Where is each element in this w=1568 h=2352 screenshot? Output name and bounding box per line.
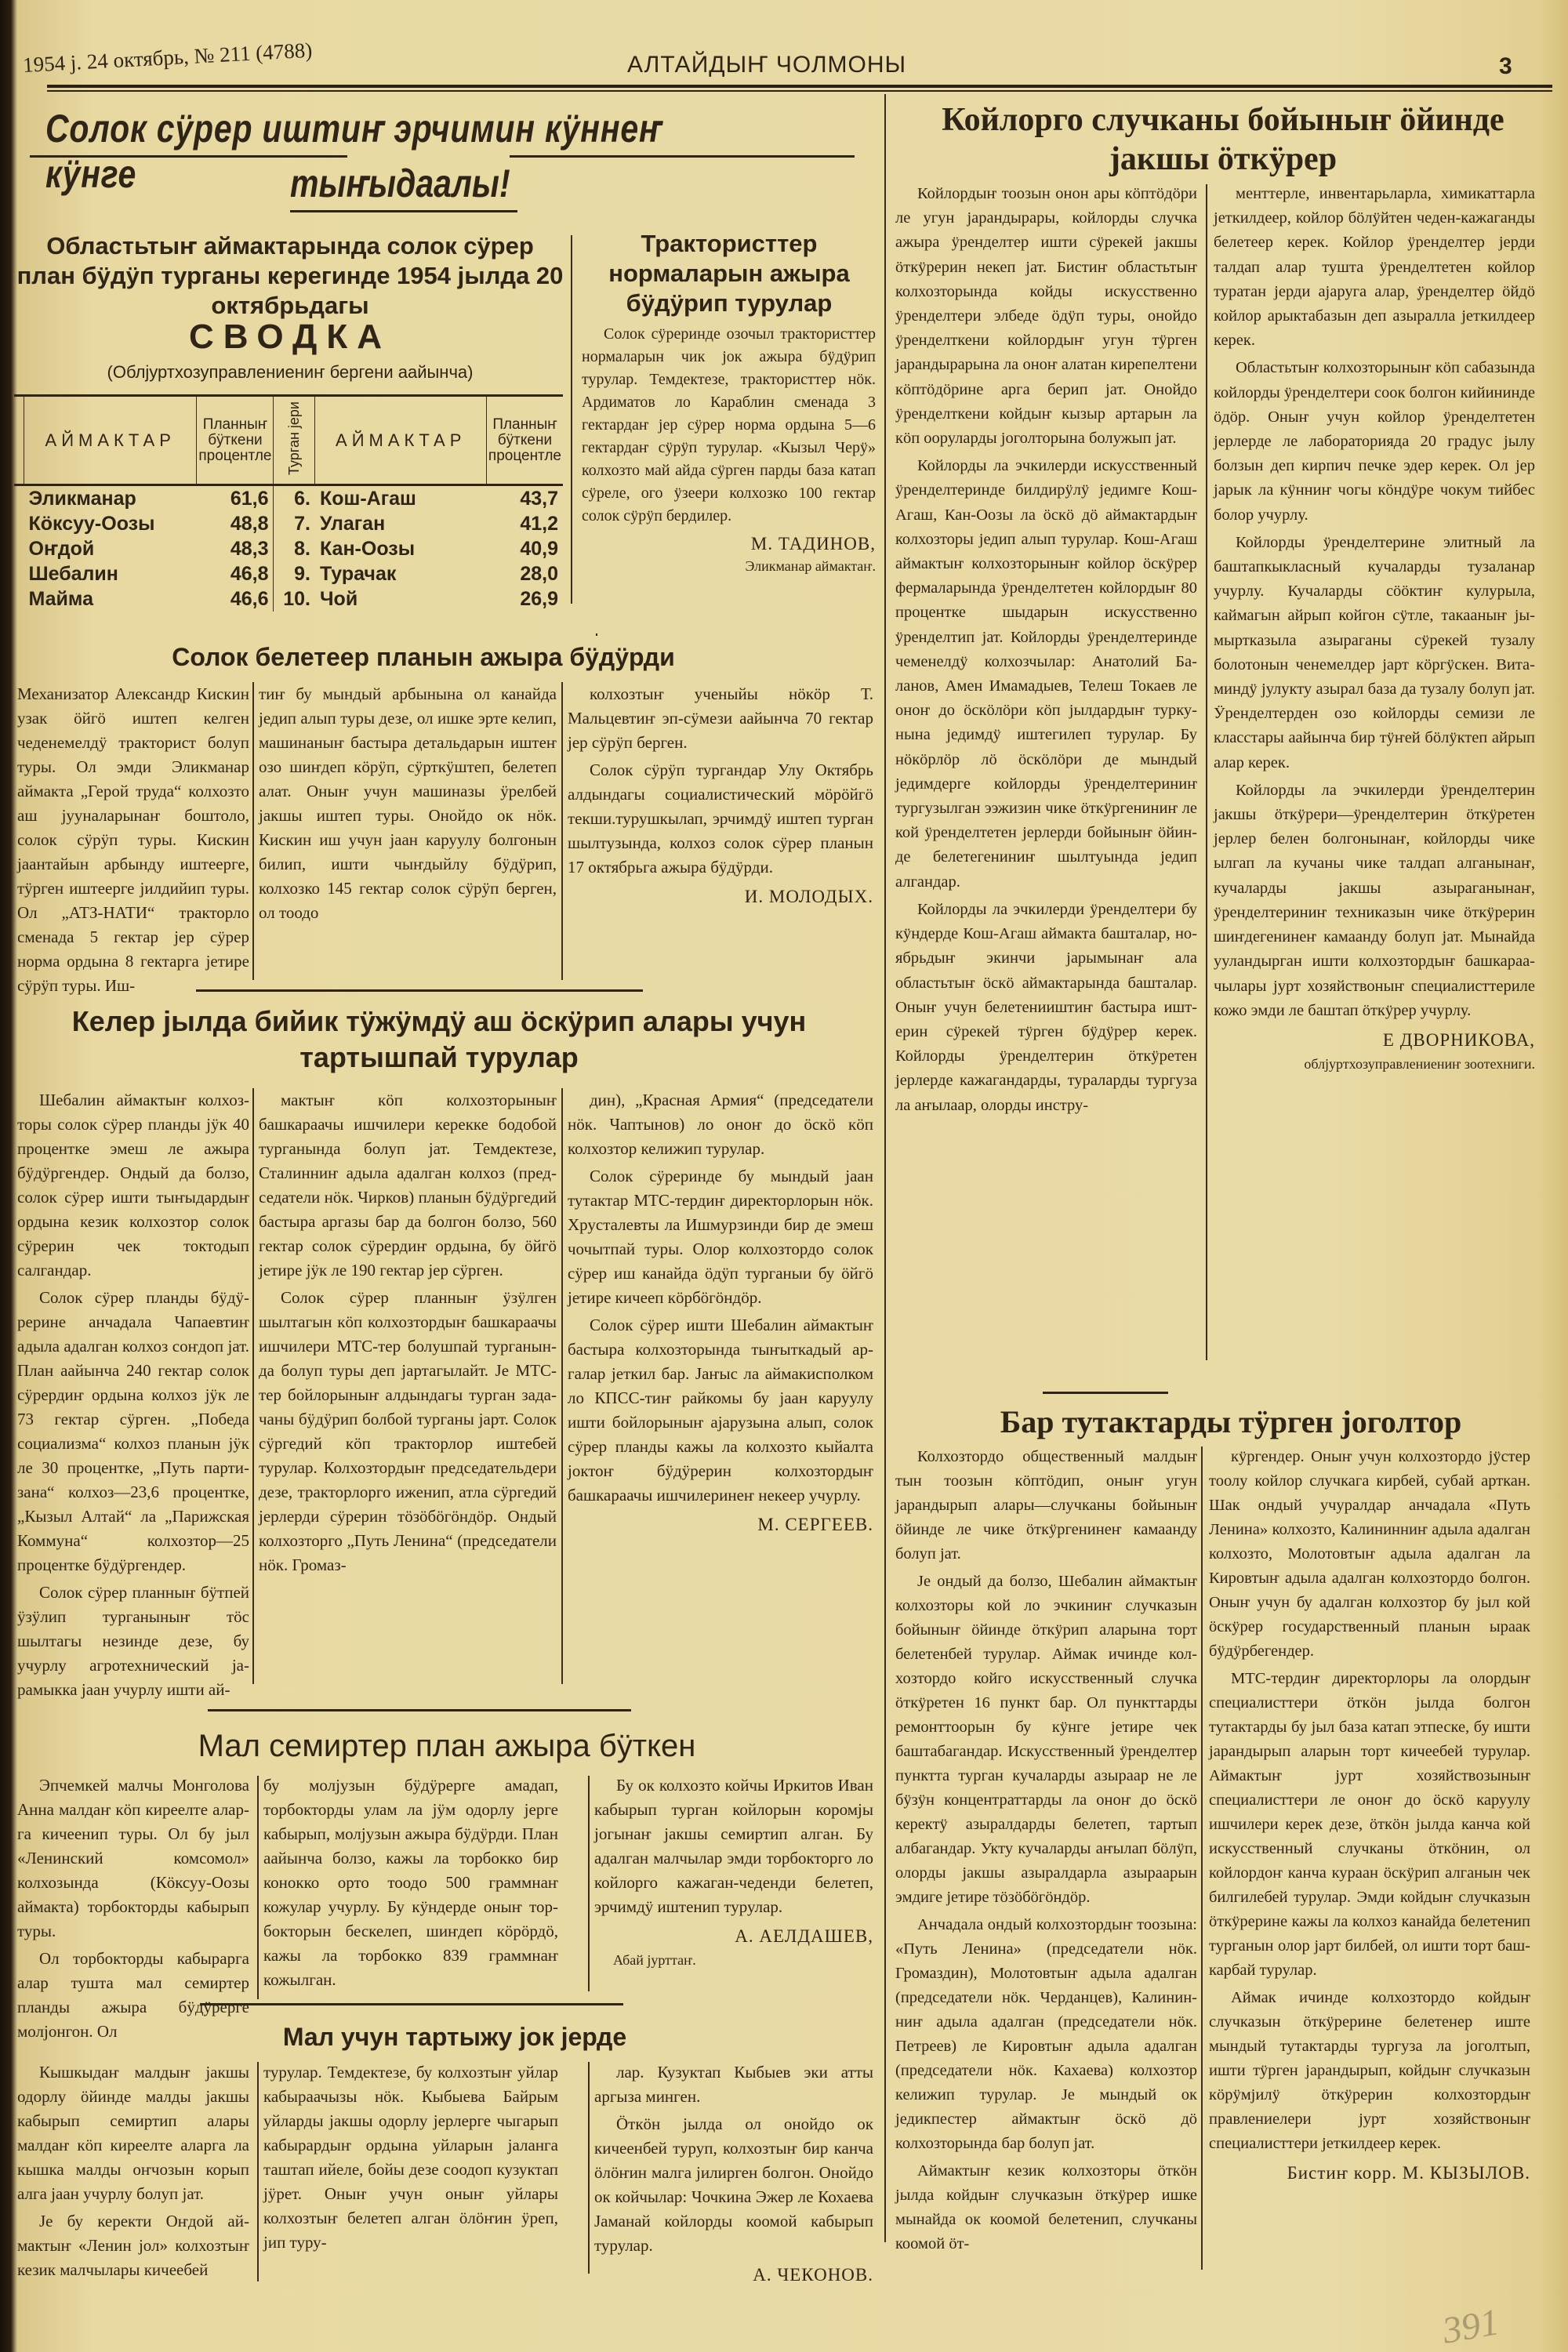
article-bar-col2: кӱргендер. Оныҥ учун колхозтор­до јӱстер…: [1209, 1445, 1530, 2185]
svodka-row: Шебалин46,89.Турачак28,0: [14, 561, 563, 586]
col-rank: Турган јери: [286, 401, 302, 475]
paragraph: Койлорды ӱренделтерине элитный ла баштап…: [1214, 531, 1535, 775]
percent-cell: 40,9: [486, 536, 563, 561]
paragraph: Солок сӱреринде бу мын­дый јаан тутактар…: [568, 1164, 873, 1310]
rank-cell: [14, 536, 24, 561]
column-separator: [1206, 184, 1207, 1360]
column-separator: [257, 2062, 259, 2281]
issue-date: 1954 ј. 24 октябрь, № 211 (4788): [22, 38, 313, 78]
article-mal-uchun-col1: Кышкыдаҥ малдыҥ јакшы одорлу ӧй­инде мал…: [17, 2060, 249, 2282]
paragraph: дин), „Красная Армия“ (пред­седатели нӧк…: [568, 1088, 873, 1161]
paragraph: Аймактыҥ кезик колхозторы ӧт­кӧн јылда к…: [895, 2159, 1197, 2256]
district-cell: Шебалин: [24, 561, 197, 586]
svodka-title: СВОДКА: [16, 318, 564, 357]
divider: [200, 2003, 623, 2005]
author: Е ДВОРНИКОВА,: [1214, 1028, 1535, 1052]
paragraph: Шебалин аймактыҥ колхоз­торы солок сӱрер…: [17, 1088, 249, 1283]
paragraph: Койлорды ла эчкилерди ис­кусственный ӱре…: [895, 454, 1197, 895]
column-separator: [252, 682, 254, 980]
rank-cell: 6.: [274, 485, 315, 512]
rank-cell: [14, 511, 24, 536]
rank-cell: 8.: [274, 536, 315, 561]
rank-cell: [14, 561, 24, 586]
column-separator: [884, 94, 886, 1380]
rank-cell: 9.: [274, 561, 315, 586]
headline-bar-tutaktardy: Бар тутактарды тӱрген јоголтор: [909, 1403, 1552, 1440]
district-cell: Кан-Оозы: [315, 536, 486, 561]
paragraph: менттерле, инвентарьларла, химикаттарла …: [1214, 182, 1535, 353]
paragraph: Солок сӱрер ишти Шеба­лин аймактыҥ басты…: [568, 1313, 873, 1508]
svodka-source: (Облјуртхозуправлениениҥ бергени аайынча…: [16, 362, 564, 383]
archive-stamp: 391: [1439, 2300, 1502, 2352]
rank-cell: [14, 586, 24, 612]
paragraph: Солок сӱрӱп тургандар Улу Октябрь алдынд…: [568, 758, 873, 880]
divider: [196, 989, 643, 992]
district-cell: Кош-Агаш: [315, 485, 486, 512]
author: А. ЧЕКОНОВ.: [594, 2263, 873, 2287]
district-cell: Эликманар: [24, 485, 197, 512]
svodka-heading: Областьтыҥ аймактарында солок сӱрер план…: [16, 231, 564, 321]
masthead-rule: [47, 85, 1552, 92]
paragraph: кӱргендер. Оныҥ учун колхозтор­до јӱстер…: [1209, 1445, 1530, 1664]
article-traktoristter: Солок сӱреринде озочыл тракто­ристтер но…: [582, 323, 876, 578]
article-keler-col3: дин), „Красная Армия“ (пред­седатели нӧк…: [568, 1088, 873, 1537]
author: М. ТАДИНОВ,: [582, 532, 876, 555]
col-percent-2: Планныҥ бӱткени процентле: [486, 396, 563, 485]
slogan-underline-2: [290, 210, 517, 212]
article-keler-col2: мактыҥ кӧп колхозторыныҥ башкараачы ишчи…: [259, 1088, 557, 1577]
rank-cell: 7.: [274, 511, 315, 536]
headline-mal-uchun: Мал учун тартыжу јок јерде: [212, 2023, 698, 2052]
divider: [596, 633, 597, 636]
percent-cell: 28,0: [486, 561, 563, 586]
svodka-row: Оҥдой48,38.Кан-Оозы40,9: [14, 536, 563, 561]
paragraph: Солок сӱрер планныҥ бӱт­пей ӱзӱлип турга…: [17, 1581, 249, 1702]
article-mal-semirter-col3: Бу ок колхозто койчы Иркитов Иван кабыры…: [594, 1773, 873, 1973]
author: М. СЕРГЕЕВ.: [568, 1512, 873, 1537]
percent-cell: 46,8: [197, 561, 274, 586]
col-percent: Планныҥ бӱткени процентле: [197, 396, 274, 485]
article-solok-beleteer-col2: тиҥ бу мындый арбынына ол канайда једип …: [259, 682, 557, 925]
paragraph: Койлорды ла эчкилерди ӱренделтерин јакшы…: [1214, 779, 1535, 1023]
paragraph: Кышкыдаҥ малдыҥ јакшы одорлу ӧй­инде мал…: [17, 2060, 249, 2206]
col-district: АЙМАКТАР: [24, 396, 197, 485]
column-separator: [884, 1380, 886, 2242]
column-separator: [561, 682, 563, 980]
percent-cell: 26,9: [486, 586, 563, 612]
author: Бистиҥ корр. М. КЫЗЫЛОВ.: [1209, 2161, 1530, 2185]
column-separator: [257, 1776, 259, 1999]
rank-cell: [14, 485, 24, 512]
divider: [208, 1709, 631, 1711]
paragraph: Механизатор Александр Кискин узак ӧйгӧ и…: [17, 682, 249, 998]
article-solok-beleteer-col1: Механизатор Александр Кискин узак ӧйгӧ и…: [17, 682, 249, 998]
percent-cell: 61,6: [197, 485, 274, 512]
article-mal-uchun-col3: лар. Кузуктап Кыбыев эки атты аргыза мин…: [594, 2060, 873, 2287]
paragraph: лар. Кузуктап Кыбыев эки атты аргыза мин…: [594, 2060, 873, 2109]
percent-cell: 48,3: [197, 536, 274, 561]
svodka-row: Кӧксуу-Оозы48,87.Улаган41,2: [14, 511, 563, 536]
paragraph: Ӧткӧн јылда ол онойдо ок кичеенбей туруп…: [594, 2112, 873, 2258]
column-separator: [588, 2062, 590, 2274]
article-koylorgo-col1: Койлордыҥ тоозын онон ары кӧптӧдӧри ле у…: [895, 182, 1197, 1118]
article-body: Солок сӱреринде озочыл тракто­ристтер но…: [582, 323, 876, 528]
district-cell: Чой: [315, 586, 486, 612]
author-place: облјуртхозуправлениениҥ зоотехниги.: [1214, 1052, 1535, 1076]
author-place: Эликманар аймактаҥ.: [582, 555, 876, 578]
percent-cell: 46,6: [197, 586, 274, 612]
paragraph: Областьтыҥ колхозторыныҥ кӧп сабазында к…: [1214, 356, 1535, 527]
article-bar-col1: Колхозтордо общественный мал­дыҥ тын тоо…: [895, 1445, 1197, 2256]
svodka-row: Эликманар61,66.Кош-Агаш43,7: [14, 485, 563, 512]
paragraph: Койлорды ла эчкилерди ӱренделтери бу кӱн…: [895, 898, 1197, 1118]
rank-cell: 10.: [274, 586, 315, 612]
col-district-2: АЙМАКТАР: [315, 396, 486, 485]
headline-solok-beleteer: Солок белетеер планын ажыра бӱдӱрди: [125, 643, 721, 672]
article-mal-uchun-col2: турулар. Темдектезе, бу кол­хозтыҥ уйлар…: [263, 2060, 558, 2255]
paragraph: Солок сӱрер планды бӱдӱ­рерине анчадала …: [17, 1286, 249, 1577]
district-cell: Оҥдой: [24, 536, 197, 561]
percent-cell: 48,8: [197, 511, 274, 536]
district-cell: Улаган: [315, 511, 486, 536]
district-cell: Турачак: [315, 561, 486, 586]
headline-koylorgo: Койлорго случканы бойыныҥ ӧйинде јакшы ӧ…: [894, 100, 1552, 179]
district-cell: Майма: [24, 586, 197, 612]
slogan-line-2: тыҥыдаалы!: [290, 161, 510, 206]
column-separator: [1201, 1446, 1203, 2270]
column-separator: [588, 1776, 590, 1991]
column-separator: [571, 235, 572, 604]
percent-cell: 41,2: [486, 511, 563, 536]
slogan-underline-right: [510, 155, 855, 158]
district-cell: Кӧксуу-Оозы: [24, 511, 197, 536]
newspaper-name: АЛТАЙДЫҤ ЧОЛМОНЫ: [627, 52, 906, 78]
author: И. МОЛОДЫХ.: [568, 884, 873, 909]
article-keler-col1: Шебалин аймактыҥ колхоз­торы солок сӱрер…: [17, 1088, 249, 1702]
paragraph: Је бу керекти Оҥдой ай­мактыҥ «Ленин јол…: [17, 2209, 249, 2282]
paragraph: Анчадала ондый колхозтордыҥ тоозына: «Пу…: [895, 1913, 1197, 2156]
paragraph: Бу ок колхозто койчы Иркитов Иван кабыры…: [594, 1773, 873, 1919]
article-mal-semirter-col2: бу молјузын бӱдӱрерге амадап, торбокторд…: [263, 1773, 558, 1992]
article-solok-beleteer-col3: колхозтыҥ ученыйы нӧкӧр Т. Мальцевтиҥ эп…: [568, 682, 873, 909]
paragraph: МТС-тердиҥ директорлоры ла олордыҥ специ…: [1209, 1667, 1530, 1983]
page-number: 3: [1499, 53, 1512, 80]
svodka-row: Майма46,610.Чой26,9: [14, 586, 563, 612]
headline-traktoristter: Трактористтер нормаларын ажыра бӱдӱрип т…: [580, 229, 878, 318]
article-koylorgo-col2: менттерле, инвентарьларла, химикаттарла …: [1214, 182, 1535, 1076]
headline-keler-jylda: Келер јылда бийик тӱжӱмдӱ аш ӧскӱрип ала…: [31, 1004, 847, 1076]
divider: [1043, 1392, 1168, 1394]
newspaper-page: 1954 ј. 24 октябрь, № 211 (4788) АЛТАЙДЫ…: [0, 0, 1568, 2352]
paragraph: Аймак ичинде колхозтордо кой­дыҥ случказ…: [1209, 1986, 1530, 2156]
author-place: Абай јурттаҥ.: [613, 1948, 873, 1973]
paragraph: турулар. Темдектезе, бу кол­хозтыҥ уйлар…: [263, 2060, 558, 2255]
svodka-table: АЙМАКТАР Планныҥ бӱткени процентле Турга…: [14, 394, 563, 612]
paragraph: тиҥ бу мындый арбынына ол канайда једип …: [259, 682, 557, 925]
column-separator: [252, 1088, 254, 1684]
paragraph: бу молјузын бӱдӱрерге амадап, торбокторд…: [263, 1773, 558, 1992]
paragraph: Эпчемкей малчы Монголова Анна малдаҥ кӧп…: [17, 1773, 249, 1944]
column-separator: [561, 1088, 563, 1684]
slogan-underline-left: [30, 155, 347, 158]
paragraph: Солок сӱрер планныҥ ӱзӱл­ген шылтагын кӧ…: [259, 1286, 557, 1577]
paragraph: Колхозтордо общественный мал­дыҥ тын тоо…: [895, 1445, 1197, 1566]
paragraph: Койлордыҥ тоозын онон ары кӧптӧдӧри ле у…: [895, 182, 1197, 451]
paragraph: Је ондый да болзо, Шебалин аймактыҥ колх…: [895, 1570, 1197, 1910]
author: А. АЕЛДАШЕВ,: [594, 1924, 873, 1948]
percent-cell: 43,7: [486, 485, 563, 512]
paragraph: колхозтыҥ ученыйы нӧкӧр Т. Мальцевтиҥ эп…: [568, 682, 873, 755]
headline-mal-semirter: Мал семиртер план ажыра бӱткен: [118, 1729, 776, 1764]
paragraph: мактыҥ кӧп колхозторыныҥ башкараачы ишчи…: [259, 1088, 557, 1283]
